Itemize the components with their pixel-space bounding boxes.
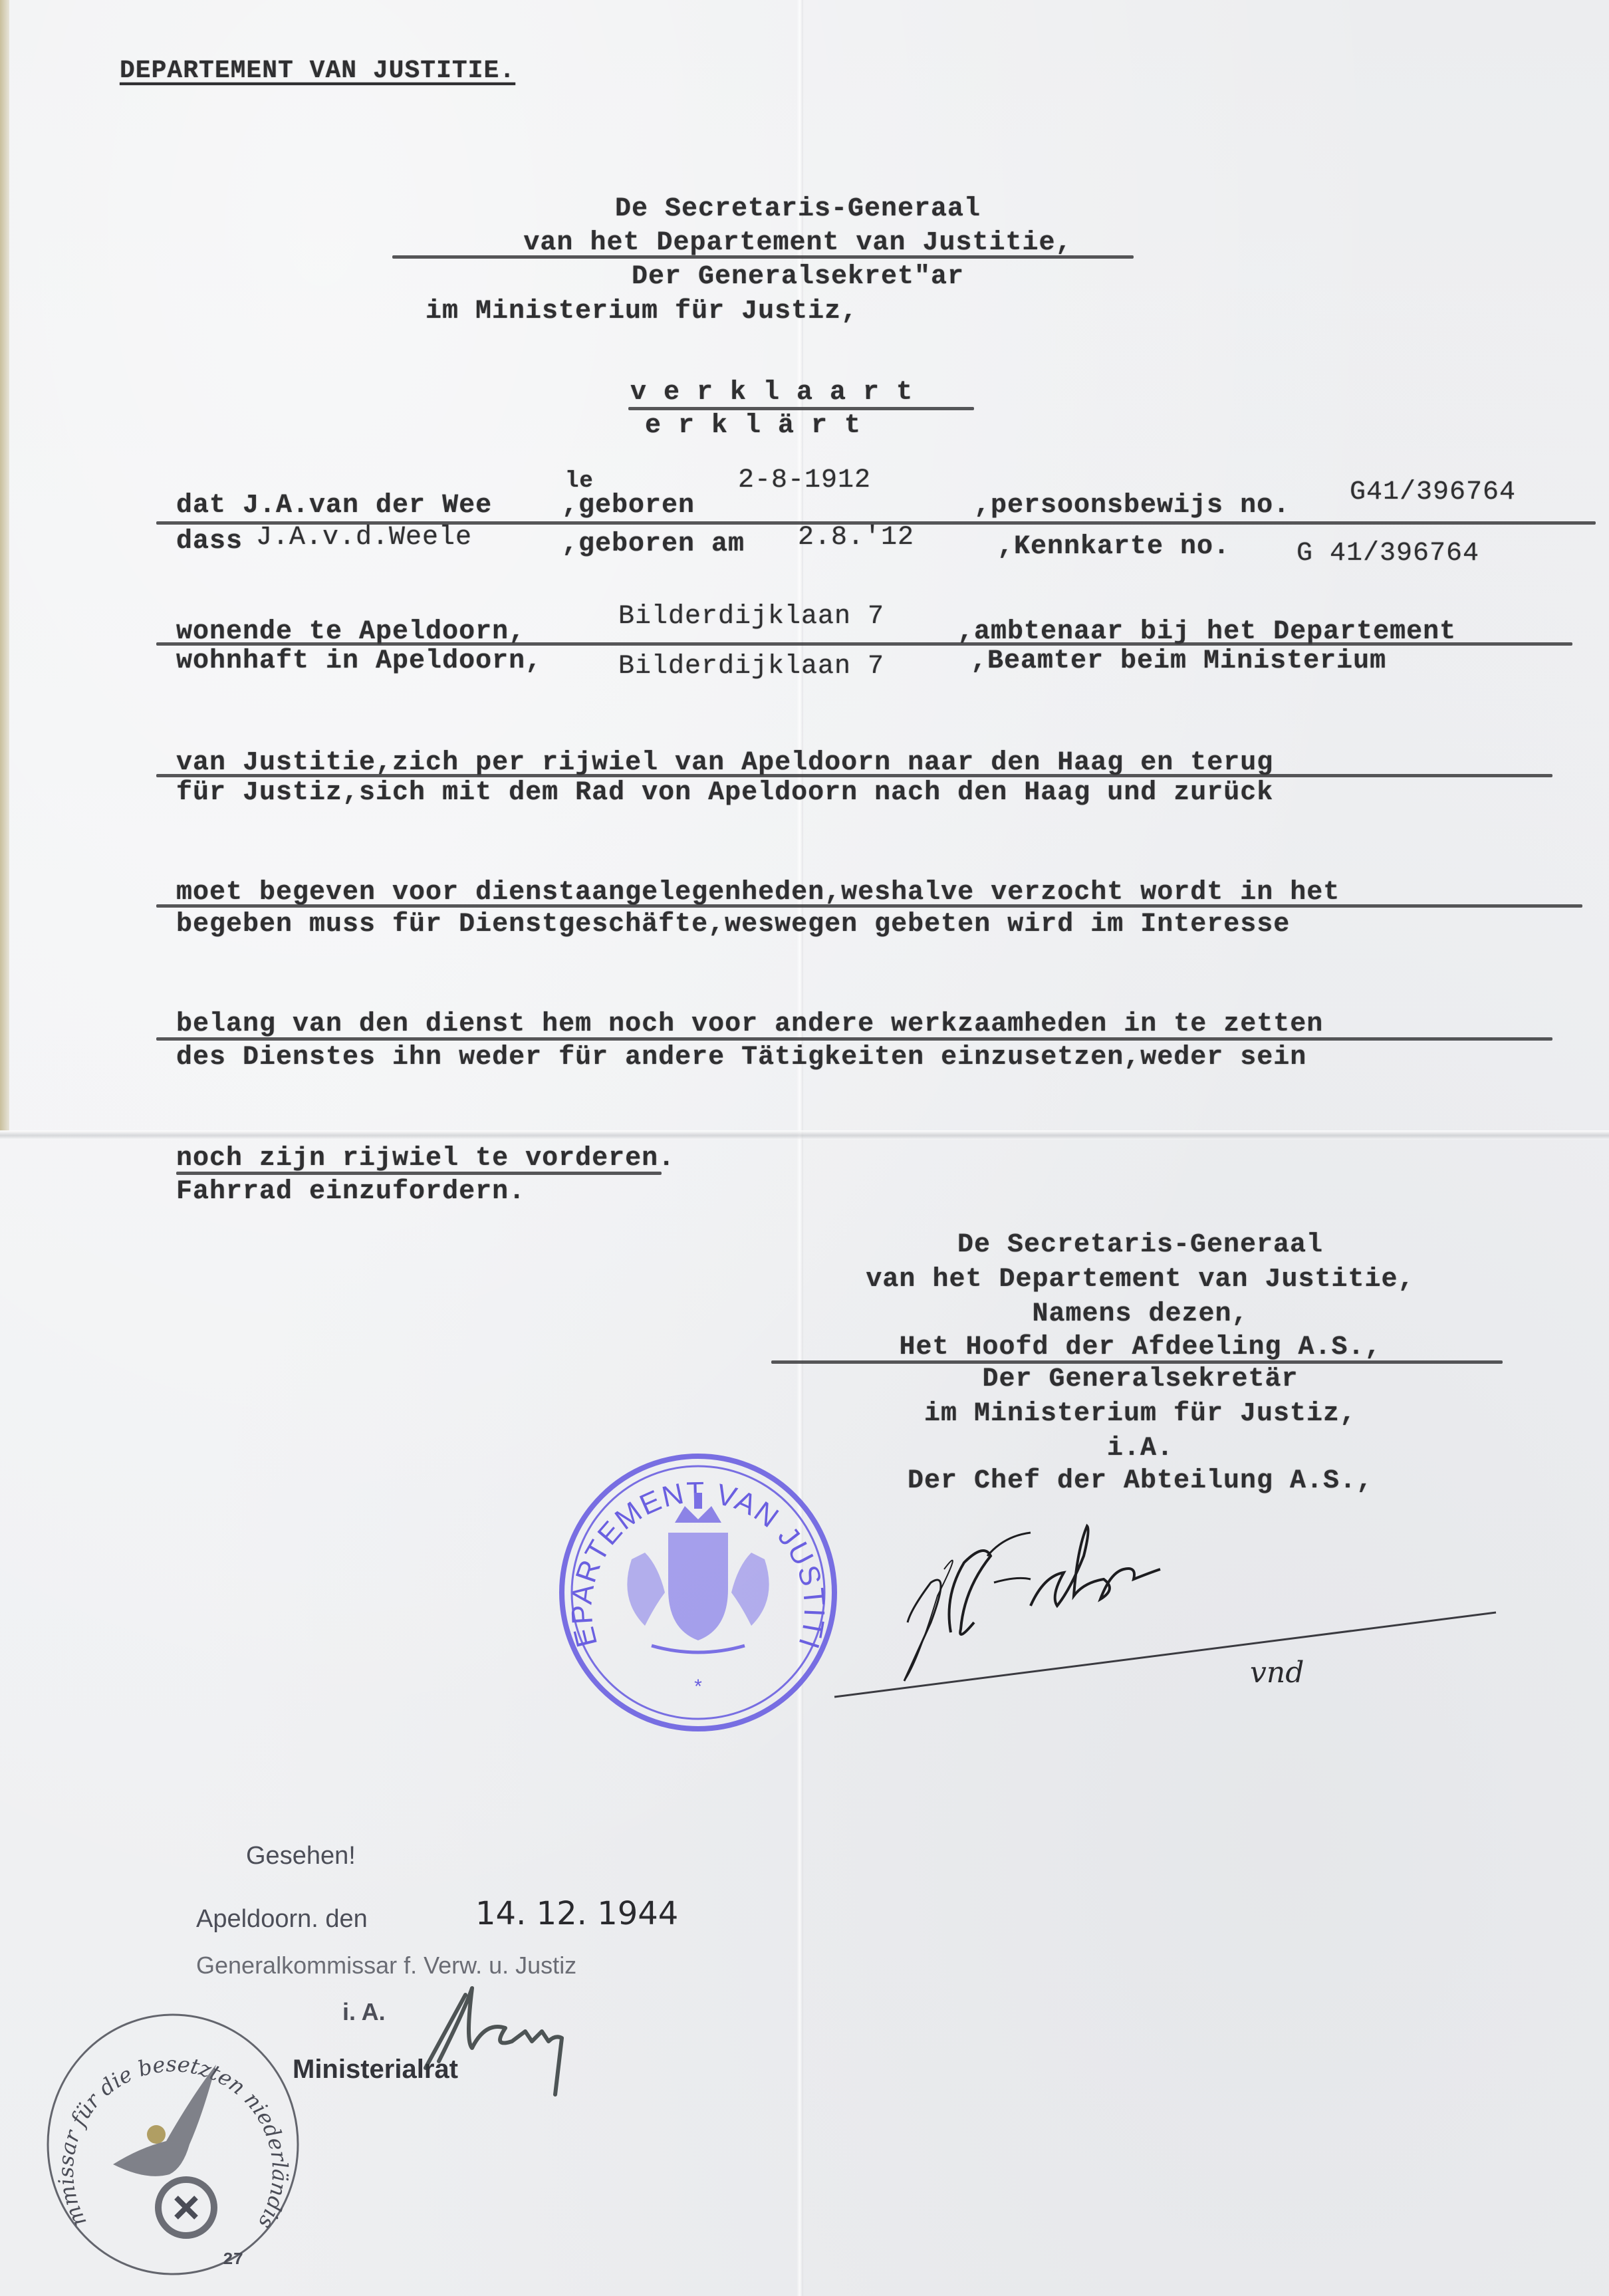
row5-nl: belang van den dienst hem noch voor ande… (176, 1009, 1323, 1039)
issuer-nl-line2: van het Departement van Justitie, (399, 228, 1197, 258)
row2-rule (156, 642, 1572, 646)
sig-line1: De Secretaris-Generaal (765, 1230, 1516, 1260)
row2-de-tail: ,Beamter beim Ministerium (971, 646, 1386, 676)
sig-line8: Der Chef der Abteilung A.S., (765, 1466, 1516, 1496)
row1-nl-prefix: dat J.A.van der Wee (176, 491, 492, 521)
paper-edge (0, 0, 9, 1130)
visa-place: Apeldoorn. den (196, 1905, 368, 1934)
row3-de: für Justiz,sich mit dem Rad von Apeldoor… (176, 778, 1273, 808)
row4-de: begeben muss für Dienstgeschäfte,weswege… (176, 910, 1290, 940)
row4-nl: moet begeven voor dienstaangelegenheden,… (176, 878, 1340, 908)
issuer-nl-line1: De Secretaris-Generaal (399, 194, 1197, 224)
row1-de-name: J.A.v.d.Weele (256, 523, 472, 553)
sig-line6: im Ministerium für Justiz, (765, 1399, 1516, 1429)
declares-rule (628, 407, 974, 410)
row1-de-prefix: dass (176, 527, 243, 557)
issuer-de-line2: im Ministerium für Justiz, (426, 297, 858, 326)
sig-line2: van het Departement van Justitie, (765, 1265, 1516, 1295)
row1-nl-born: ,geboren (562, 491, 695, 521)
signature-faber (831, 1516, 1496, 1742)
row5-de: des Dienstes ihn weder für andere Tätigk… (176, 1043, 1306, 1073)
signature-ministerialrat (412, 1968, 598, 2101)
row5-rule (156, 1037, 1552, 1041)
row6-de: Fahrrad einzufordern. (176, 1177, 525, 1207)
seal-reich: Der Reichskommissar für die besetzten ni… (40, 2001, 306, 2281)
sig-line4: Het Hoofd der Afdeeling A.S., (765, 1333, 1516, 1362)
id-number-de: G 41/396764 (1297, 539, 1479, 569)
seal-justice: DEPARTEMENT VAN JUSTITIE * (552, 1446, 844, 1739)
sig-line3: Namens dezen, (765, 1299, 1516, 1329)
svg-text:*: * (692, 1678, 704, 1700)
fold-crease-vertical (797, 0, 803, 2296)
row1-de-id-label: ,Kennkarte no. (997, 532, 1230, 562)
row1-de-born: ,geboren am (562, 529, 745, 559)
declares-de: e r k l ä r t (645, 411, 861, 441)
fold-crease-horizontal (0, 1130, 1609, 1140)
row6-rule (176, 1172, 662, 1175)
row3-rule (156, 774, 1552, 777)
address-de: Bilderdijklaan 7 (618, 652, 884, 682)
birth-date-nl: 2-8-1912 (738, 465, 871, 495)
letterhead: DEPARTEMENT VAN JUSTITIE. (120, 57, 515, 85)
sig-line7: i.A. (765, 1434, 1516, 1464)
id-number-nl: G41/396764 (1350, 477, 1516, 507)
svg-text:27: 27 (223, 2249, 243, 2269)
birth-date-de: 2.8.'12 (798, 523, 914, 553)
row2-de-lead: wohnhaft in Apeldoorn, (176, 646, 542, 676)
row1-nl-id-label: ,persoonsbewijs no. (974, 491, 1290, 521)
row4-rule (156, 904, 1582, 908)
row6-nl: noch zijn rijwiel te vorderen. (176, 1144, 675, 1174)
signature-initials: vnd (1250, 1656, 1304, 1690)
declares-nl: v e r k l a a r t (630, 378, 913, 408)
visa-ia: i. A. (342, 1998, 386, 2026)
issuer-de-line1: Der Generalsekret"ar (399, 262, 1197, 292)
visa-date: 14. 12. 1944 (475, 1895, 678, 1932)
address-nl: Bilderdijklaan 7 (618, 602, 884, 632)
sig-rule (771, 1360, 1503, 1364)
visa-seen: Gesehen! (246, 1842, 356, 1870)
issuer-rule (392, 255, 1134, 259)
sig-line5: Der Generalsekretär (765, 1364, 1516, 1394)
